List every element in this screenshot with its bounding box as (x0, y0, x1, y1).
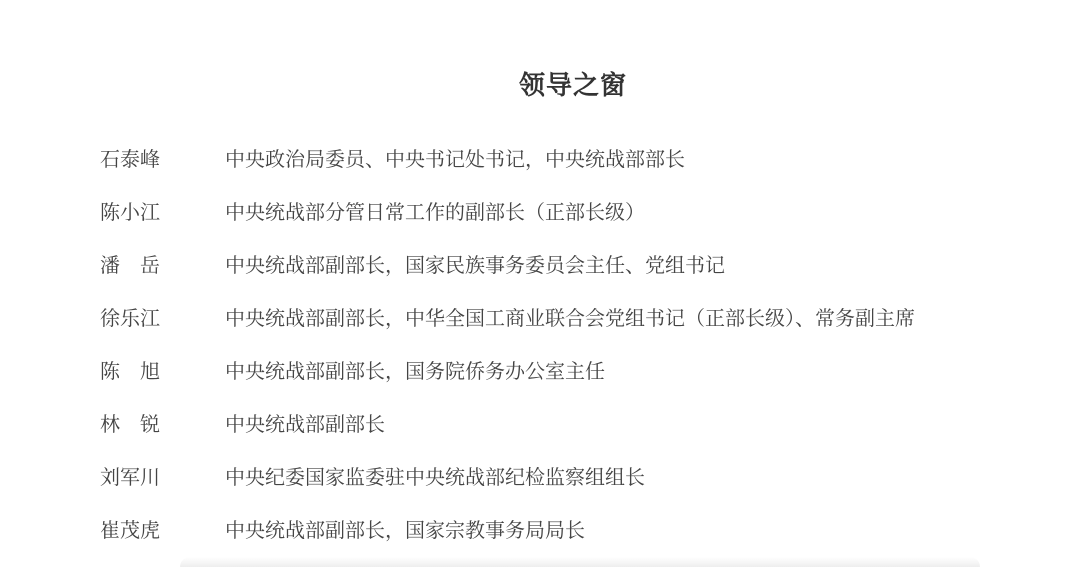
leader-title: 中央政治局委员、中央书记处书记，中央统战部部长 (225, 139, 685, 179)
leader-row: 陈 旭 中央统战部副部长，国务院侨务办公室主任 (100, 344, 1040, 397)
leader-name[interactable]: 陈 旭 (100, 351, 225, 391)
leader-title: 中央纪委国家监委驻中央统战部纪检监察组组长 (225, 457, 645, 497)
leader-row: 潘 岳 中央统战部副部长，国家民族事务委员会主任、党组书记 (100, 238, 1040, 291)
leader-row: 徐乐江 中央统战部副部长，中华全国工商业联合会党组书记（正部长级）、常务副主席 (100, 291, 1040, 344)
leader-name[interactable]: 崔茂虎 (100, 510, 225, 550)
leader-row: 刘军川 中央纪委国家监委驻中央统战部纪检监察组组长 (100, 450, 1040, 503)
leader-name[interactable]: 刘军川 (100, 457, 225, 497)
leader-name[interactable]: 陈小江 (100, 192, 225, 232)
leader-title: 中央统战部副部长，中华全国工商业联合会党组书记（正部长级）、常务副主席 (225, 298, 915, 338)
leader-row: 石泰峰 中央政治局委员、中央书记处书记，中央统战部部长 (100, 132, 1040, 185)
leader-title: 中央统战部副部长，国务院侨务办公室主任 (225, 351, 605, 391)
leader-name[interactable]: 徐乐江 (100, 298, 225, 338)
leader-name[interactable]: 潘 岳 (100, 245, 225, 285)
leader-name[interactable]: 林 锐 (100, 404, 225, 444)
leader-name[interactable]: 石泰峰 (100, 139, 225, 179)
bottom-shadow-divider (180, 557, 980, 567)
leader-title: 中央统战部副部长，国家民族事务委员会主任、党组书记 (225, 245, 725, 285)
leader-row: 林 锐 中央统战部副部长 (100, 397, 1040, 450)
leader-title: 中央统战部副部长，国家宗教事务局局长 (225, 510, 585, 550)
leader-list: 石泰峰 中央政治局委员、中央书记处书记，中央统战部部长 陈小江 中央统战部分管日… (100, 132, 1040, 556)
leader-title: 中央统战部副部长 (225, 404, 385, 444)
leader-row: 陈小江 中央统战部分管日常工作的副部长（正部长级） (100, 185, 1040, 238)
leader-title: 中央统战部分管日常工作的副部长（正部长级） (225, 192, 645, 232)
leader-row: 崔茂虎 中央统战部副部长，国家宗教事务局局长 (100, 503, 1040, 556)
page-title: 领导之窗 (0, 67, 1080, 105)
